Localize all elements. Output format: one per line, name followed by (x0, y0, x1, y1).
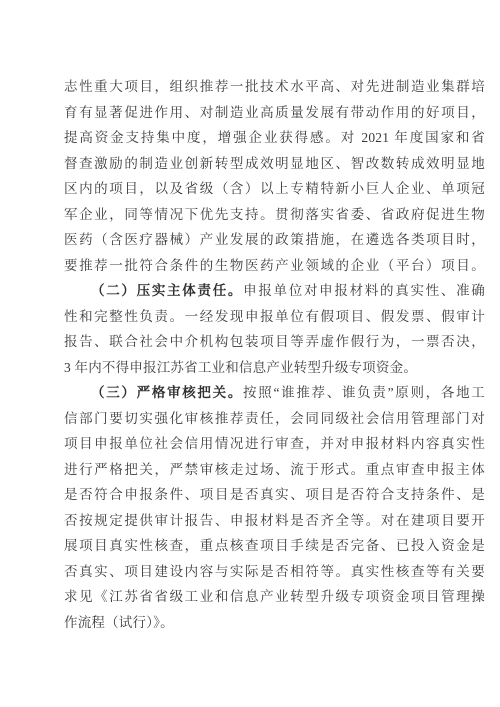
paragraph-start-line: （三）严格审核把关。按照“谁推荐、谁负责”原则，各地工 (64, 380, 485, 406)
text-line: 信部门要切实强化审核推荐责任，会同同级社会信用管理部门对 (64, 406, 485, 432)
paragraph-end-line: 3 年内不得申报江苏省工业和信息产业转型升级专项资金。 (64, 355, 485, 381)
text-line: 是否符合申报条件、项目是否真实、项目是否符合支持条件、是 (64, 482, 485, 508)
text-line: 求见《江苏省省级工业和信息产业转型升级专项资金项目管理操 (64, 584, 485, 610)
text-line: 督查激励的制造业创新转型成效明显地区、智改数转成效明显地 (64, 151, 485, 177)
paragraph-start-line: （二）压实主体责任。申报单位对申报材料的真实性、准确 (64, 278, 485, 304)
document-text-block: 志性重大项目，组织推荐一批技术水平高、对先进制造业集群培 育有显著促进作用、对制… (64, 74, 485, 635)
text-line: 项目申报单位社会信用情况进行审查，并对申报材料内容真实性 (64, 431, 485, 457)
text-line: 提高资金支持集中度，增强企业获得感。对 2021 年度国家和省 (64, 125, 485, 151)
text-line: 育有显著促进作用、对制造业高质量发展有带动作用的好项目， (64, 100, 485, 126)
text-line: 否真实、项目建设内容与实际是否相符等。真实性核查等有关要 (64, 559, 485, 585)
text-line: 医药（含医疗器械）产业发展的政策措施，在遴选各类项目时， (64, 227, 485, 253)
text-line: 要推荐一批符合条件的生物医药产业领域的企业（平台）项目。 (64, 253, 485, 279)
text-line: 否按规定提供审计报告、申报材料是否齐全等。对在建项目要开 (64, 508, 485, 534)
text-line: 军企业，同等情况下优先支持。贯彻落实省委、省政府促进生物 (64, 202, 485, 228)
text-line: 志性重大项目，组织推荐一批技术水平高、对先进制造业集群培 (64, 74, 485, 100)
document-page: 志性重大项目，组织推荐一批技术水平高、对先进制造业集群培 育有显著促进作用、对制… (0, 0, 500, 707)
text-line: 报告、联合社会中介机构包装项目等弄虚作假行为，一票否决， (64, 329, 485, 355)
text-line: 展项目真实性核查，重点核查项目手续是否完备、已投入资金是 (64, 533, 485, 559)
text-line: 进行严格把关，严禁审核走过场、流于形式。重点审查申报主体 (64, 457, 485, 483)
text-line: 区内的项目，以及省级（含）以上专精特新小巨人企业、单项冠 (64, 176, 485, 202)
paragraph-end-line: 作流程（试行）》。 (64, 610, 485, 636)
subsection-heading: （三）严格审核把关。 (91, 385, 243, 400)
subsection-heading: （二）压实主体责任。 (91, 283, 243, 298)
text-run: 按照“谁推荐、谁负责”原则，各地工 (243, 385, 485, 400)
text-line: 性和完整性负责。一经发现申报单位有假项目、假发票、假审计 (64, 304, 485, 330)
text-run: 申报单位对申报材料的真实性、准确 (243, 283, 485, 298)
